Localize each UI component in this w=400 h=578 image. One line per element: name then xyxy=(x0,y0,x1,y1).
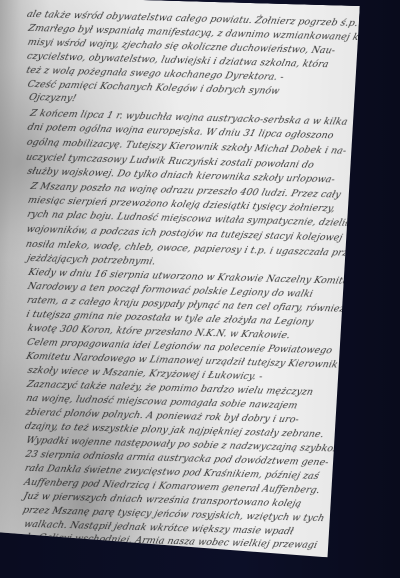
manuscript-page: ale także wśród obywatelstwa całego powi… xyxy=(0,0,360,558)
text-line: Ojczyzny! xyxy=(28,92,78,104)
handwritten-text-block: ale także wśród obywatelstwa całego powi… xyxy=(0,0,360,558)
text-line: jeżdżających potrzebnymi. xyxy=(26,253,157,268)
